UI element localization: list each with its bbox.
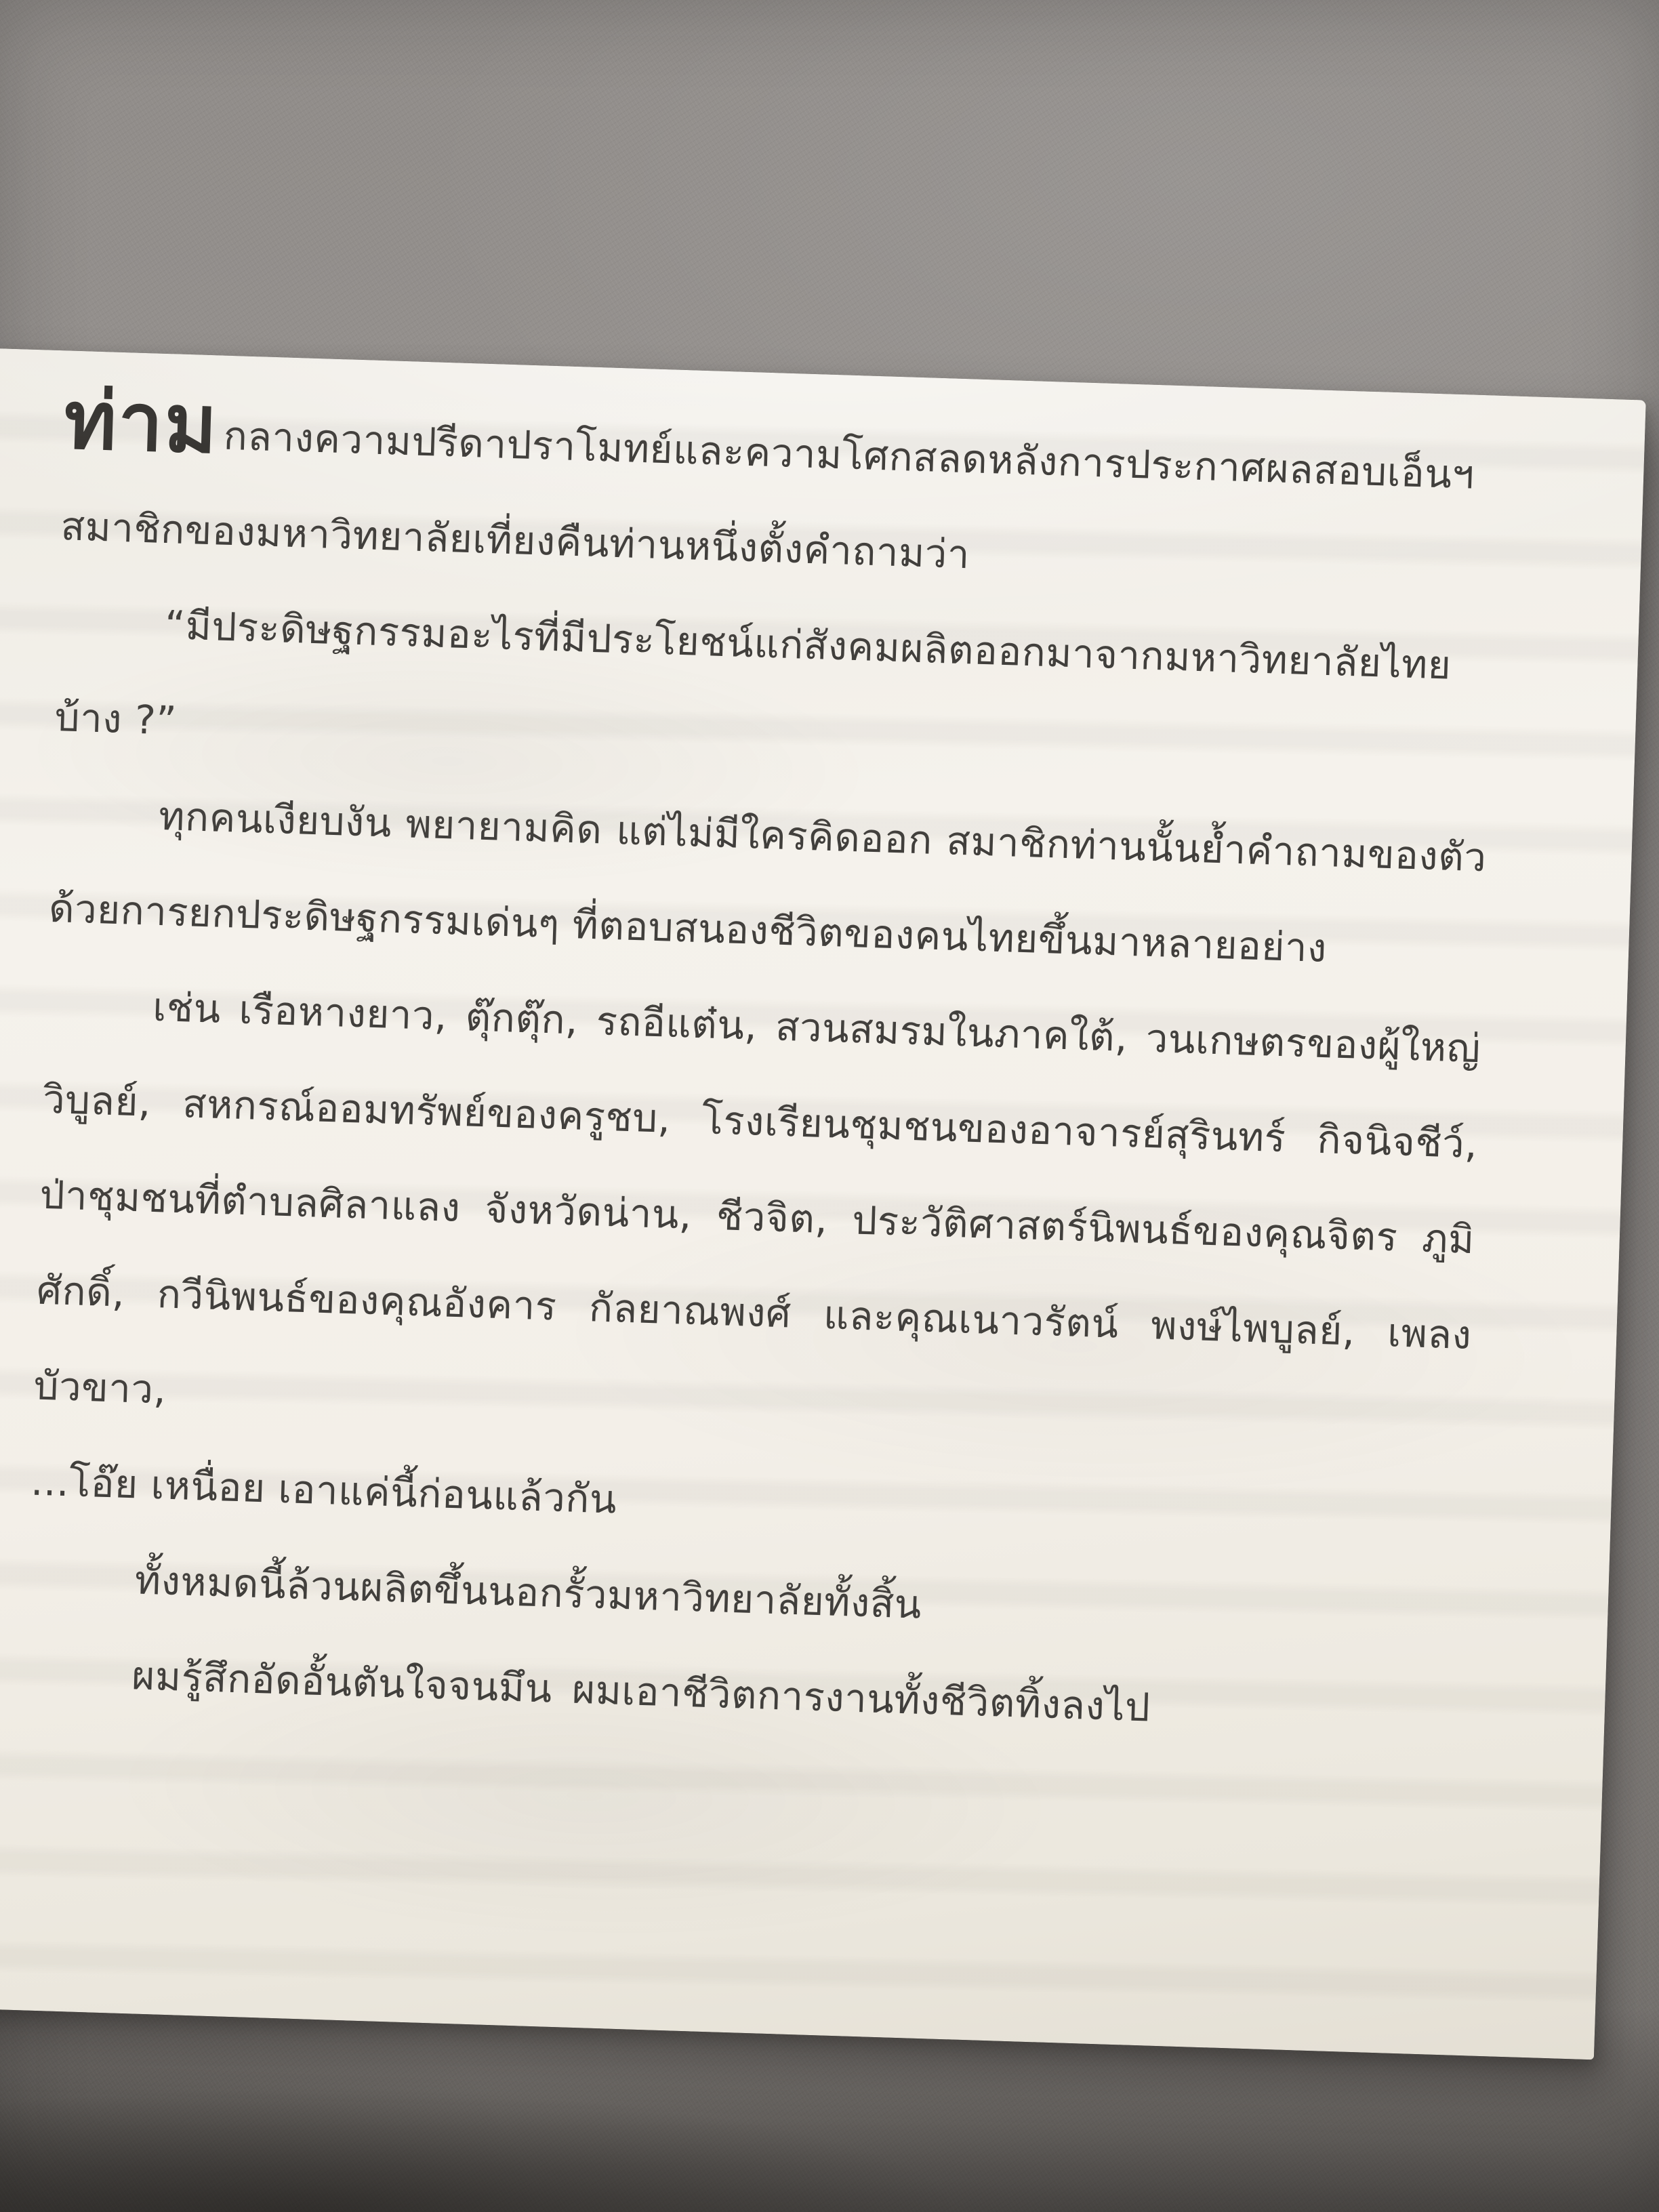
- book-page: ท่ามกลางความปรีดาปราโมทย์และความโศกสลดหล…: [0, 347, 1646, 2060]
- lead-word: ท่าม: [63, 373, 220, 471]
- paragraph-examples: เช่น เรือหางยาว, ตุ๊กตุ๊ก, รถอีแต๋น, สวน…: [33, 956, 1482, 1479]
- photo-background: ท่ามกลางความปรีดาปราโมทย์และความโศกสลดหล…: [0, 0, 1659, 2212]
- paragraph-lead-text: กลางความปรีดาปราโมทย์และความโศกสลดหลังกา…: [60, 413, 1475, 578]
- page-text: ท่ามกลางความปรีดาปราโมทย์และความโศกสลดหล…: [23, 383, 1500, 1765]
